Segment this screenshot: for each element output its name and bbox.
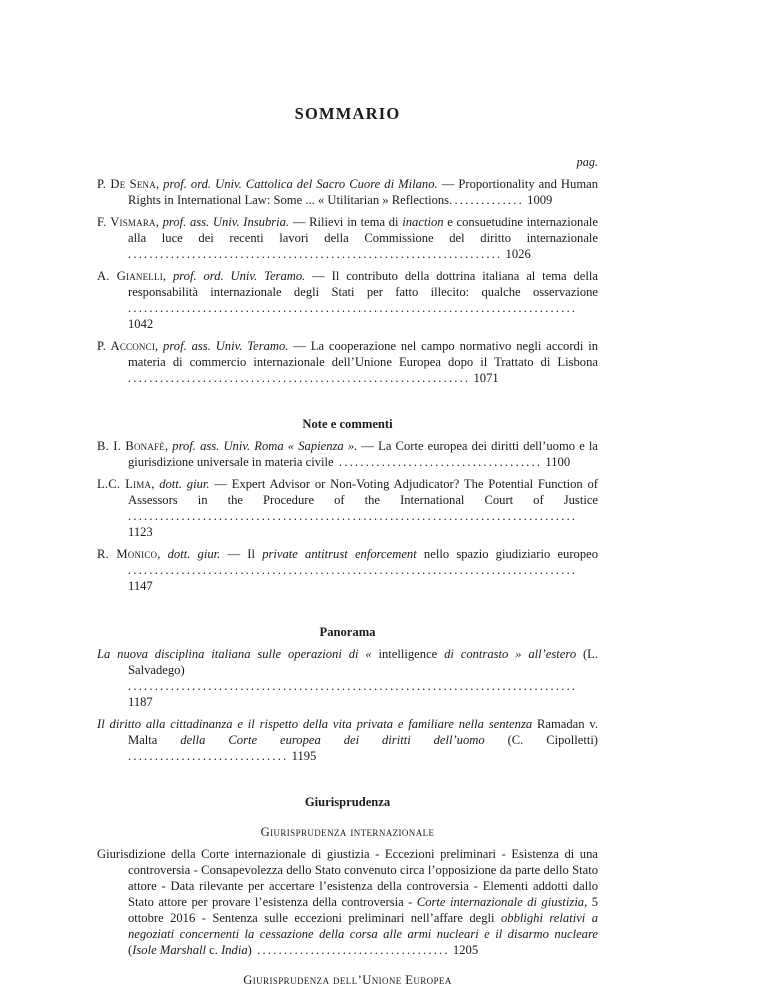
toc-entry: Giurisdizione della Corte internazionale… xyxy=(97,846,598,958)
section-subheading-giurisprudenza-ue: Giurisprudenza dell’Unione Europea xyxy=(97,972,598,988)
entry-text-segment: di contrasto » all’estero xyxy=(437,647,576,661)
entry-text-segment: dott. giur. xyxy=(168,547,221,561)
entry-text-segment: dott. giur. xyxy=(159,477,209,491)
entry-text-segment: , xyxy=(163,269,173,283)
entry-text-segment: private antitrust enforcement xyxy=(262,547,417,561)
dot-leader: .................................... xyxy=(252,943,450,957)
toc-sections: P. De Sena, prof. ord. Univ. Cattolica d… xyxy=(97,176,598,958)
entry-text-segment: L.C. Lima xyxy=(97,477,151,491)
entry-text-segment: La nuova disciplina italiana sulle opera… xyxy=(97,647,379,661)
toc-entry: L.C. Lima, dott. giur. — Expert Advisor … xyxy=(97,476,598,540)
dot-leader: ........................................… xyxy=(128,563,577,577)
toc-entry: B. I. Bonafè, prof. ass. Univ. Roma « Sa… xyxy=(97,438,598,470)
toc-entry: P. Acconci, prof. ass. Univ. Teramo. — L… xyxy=(97,338,598,386)
dot-leader: ........................................… xyxy=(128,509,577,523)
entry-text-segment: Corte internazionale di giustizia xyxy=(417,895,584,909)
entry-text-segment: (C. Cipolletti) xyxy=(485,733,598,747)
dot-leader: ...................................... xyxy=(334,455,543,469)
entry-text-segment: intelligence xyxy=(379,647,438,661)
dot-leader: ........................................… xyxy=(128,371,470,385)
entry-text-segment: A. Gianelli xyxy=(97,269,163,283)
page-column-label: pag. xyxy=(97,154,598,170)
entry-text-segment: P. Acconci xyxy=(97,339,155,353)
dot-leader: .............. xyxy=(449,193,524,207)
page-number: 1147 xyxy=(128,579,153,593)
toc-entry: A. Gianelli, prof. ord. Univ. Teramo. — … xyxy=(97,268,598,332)
toc-entry: Il diritto alla cittadinanza e il rispet… xyxy=(97,716,598,764)
page-number: 1187 xyxy=(128,695,153,709)
entry-text-segment: B. I. Bonafè xyxy=(97,439,165,453)
entry-text-segment: nello spazio giudiziario europeo xyxy=(417,547,598,561)
toc-section: P. De Sena, prof. ord. Univ. Cattolica d… xyxy=(97,176,598,386)
toc-entry: La nuova disciplina italiana sulle opera… xyxy=(97,646,598,710)
page-title: SOMMARIO xyxy=(97,104,598,124)
dot-leader: ........................................… xyxy=(128,301,577,315)
entry-text-segment: prof. ass. Univ. Insubria. xyxy=(163,215,290,229)
entry-text-segment: , xyxy=(157,547,167,561)
toc-content: SOMMARIO pag. P. De Sena, prof. ord. Uni… xyxy=(97,104,598,988)
entry-text-segment: Il diritto alla cittadinanza e il rispet… xyxy=(97,717,537,731)
page-number: 1009 xyxy=(527,193,552,207)
section-heading: Note e commenti xyxy=(97,416,598,432)
toc-entry: R. Monico, dott. giur. — Il private anti… xyxy=(97,546,598,594)
entry-text-segment: R. Monico xyxy=(97,547,157,561)
page-number: 1205 xyxy=(453,943,478,957)
entry-text-segment: inaction xyxy=(402,215,443,229)
entry-text-segment: , xyxy=(156,215,163,229)
toc-section: GiurisprudenzaGiurisprudenza internazion… xyxy=(97,794,598,958)
entry-text-segment: prof. ord. Univ. Teramo. xyxy=(173,269,305,283)
entry-text-segment: prof. ass. Univ. Teramo. xyxy=(163,339,288,353)
entry-text-segment: prof. ass. Univ. Roma « Sapienza ». xyxy=(172,439,357,453)
entry-text-segment: — Il xyxy=(220,547,262,561)
toc-section: PanoramaLa nuova disciplina italiana sul… xyxy=(97,624,598,764)
entry-text-segment: Isole Marshall xyxy=(132,943,206,957)
entry-text-segment: P. De Sena xyxy=(97,177,156,191)
page-number: 1123 xyxy=(128,525,153,539)
entry-text-segment: India xyxy=(221,943,248,957)
document-page: SOMMARIO pag. P. De Sena, prof. ord. Uni… xyxy=(0,0,768,994)
page-number: 1026 xyxy=(506,247,531,261)
page-number: 1195 xyxy=(292,749,317,763)
toc-section: Note e commentiB. I. Bonafè, prof. ass. … xyxy=(97,416,598,594)
toc-entry: F. Vismara, prof. ass. Univ. Insubria. —… xyxy=(97,214,598,262)
page-number: 1100 xyxy=(545,455,570,469)
entry-text-segment: — Rilievi in tema di xyxy=(289,215,402,229)
page-number: 1071 xyxy=(473,371,498,385)
section-subheading: Giurisprudenza internazionale xyxy=(97,824,598,840)
toc-entry: P. De Sena, prof. ord. Univ. Cattolica d… xyxy=(97,176,598,208)
entry-text-segment: c. xyxy=(206,943,221,957)
page-number: 1042 xyxy=(128,317,153,331)
entry-text-segment: , xyxy=(151,477,159,491)
entry-text-segment: della Corte europea dei diritti dell’uom… xyxy=(157,733,484,747)
entry-text-segment: F. Vismara xyxy=(97,215,156,229)
section-heading: Giurisprudenza xyxy=(97,794,598,810)
section-heading: Panorama xyxy=(97,624,598,640)
dot-leader: .............................. xyxy=(128,749,288,763)
entry-text-segment: prof. ord. Univ. Cattolica del Sacro Cuo… xyxy=(163,177,438,191)
dot-leader: ........................................… xyxy=(128,679,577,693)
dot-leader: ........................................… xyxy=(128,247,502,261)
entry-text-segment: , xyxy=(155,339,163,353)
